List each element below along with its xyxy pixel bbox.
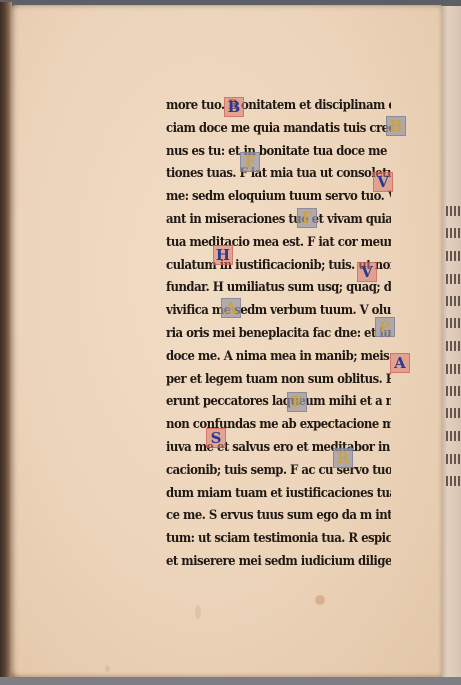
text-line: iuva me et salvus ero et meditabor in iu… [166,437,391,460]
text-line: per et legem tuam non sum oblitus. P osu [166,369,391,392]
blue-initial: A [390,353,410,373]
gold-initial: B [386,116,406,136]
gold-initial: A [221,298,241,318]
text-line: et miserere mei sedm iudicium diligenciu… [166,551,391,574]
text-line: ant in miseraciones tue et vivam quia le… [166,209,391,232]
foxing-stain [315,595,325,605]
gold-initial: F [240,152,260,172]
text-line: nus es tu: et in bonitate tua doce me iu… [166,141,391,164]
text-line: ciam doce me quia mandatis tuis credidi.… [166,118,391,141]
text-line: dum miam tuam et iustificaciones tuas do [166,483,391,506]
text-line: non confundas me ab expectacione mea. A … [166,414,391,437]
gold-initial: R [333,448,353,468]
blue-initial: B [224,97,244,117]
foxing-stain [195,605,201,619]
blue-initial: V [357,262,377,282]
text-line: doce me. A nima mea in manib; meis sem [166,346,391,369]
gold-initial: F [297,208,317,228]
text-line: more tuo. B onitatem et disciplinam et s… [166,95,391,118]
text-line: tua meditacio mea est. F iat cor meum im… [166,232,391,255]
text-line: tum: ut sciam testimonia tua. R espice i… [166,528,391,551]
blue-initial: V [373,172,393,192]
text-line: ce me. S ervus tuus sum ego da m intelle… [166,505,391,528]
text-line: tiones tuas. F iat mia tua ut consoletur [166,163,391,186]
text-line: vivifica me sedm verbum tuum. V olunta [166,300,391,323]
gold-initial: F [287,392,307,412]
blue-initial: H [213,245,233,265]
facing-page-edge [442,6,461,685]
gold-initial: P [375,317,395,337]
foxing-stain [105,665,110,672]
backdrop-bottom [0,677,461,685]
text-line: me: sedm eloquium tuum servo tuo. V eni [166,186,391,209]
text-line: erunt peccatores laqueum mihi et a manda… [166,391,391,414]
text-line: cacionib; tuis semp. F ac cu servo tuo s… [166,460,391,483]
blue-initial: S [206,428,226,448]
text-line: ria oris mei beneplacita fac dne: et iud… [166,323,391,346]
